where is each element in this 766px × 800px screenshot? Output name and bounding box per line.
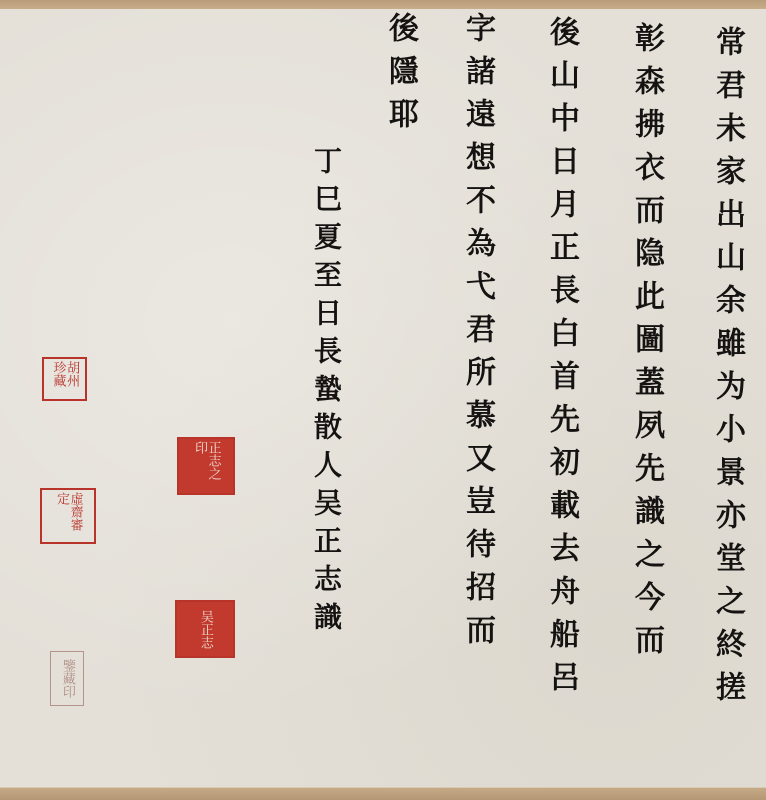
scroll-mount-top — [0, 0, 766, 9]
calligraphy-column-2: 彰森拂衣而隐此圖蓋夙先識之今而 — [631, 22, 661, 782]
artist-seal-2: 吴正志 — [175, 600, 235, 658]
collector-seal-3: 鑒藏印 — [50, 651, 84, 706]
colophon-signature: 丁巳夏至日長蟄散人吴正志識 — [312, 146, 340, 746]
calligraphy-column-4: 字諸遠想不為弋君所慕又豈待招而 — [462, 12, 492, 772]
calligraphy-column-5: 後隱耶 — [385, 12, 415, 212]
collector-seal-2: 虛齋審定 — [40, 488, 96, 544]
collector-seal-1: 胡州珍藏 — [42, 357, 87, 401]
artist-seal-1: 正志之印 — [177, 437, 235, 495]
calligraphy-column-1: 常君未家出山余雖为小景亦堂之終搓 — [712, 26, 742, 786]
scroll-mount-bottom — [0, 787, 766, 800]
calligraphy-column-3: 後山中日月正長白首先初載去舟船呂 — [546, 16, 576, 776]
